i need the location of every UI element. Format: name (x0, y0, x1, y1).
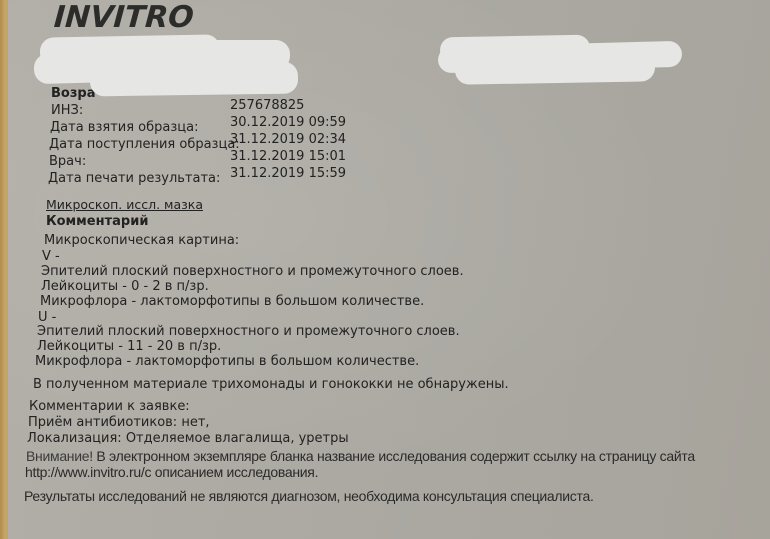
conclusion-text: В полученном материале трихомонады и гон… (33, 377, 509, 392)
warning-text: В электронном экземпляре бланка название… (93, 448, 695, 464)
disclaimer-text: Результаты исследований не являются диаг… (24, 489, 594, 504)
field-label-print-date: Дата печати результата: (48, 171, 220, 186)
result-line: Микроскопическая картина: (44, 233, 239, 248)
antibiotics-line: Приём антибиотиков: нет, (28, 415, 210, 430)
warning-prefix: Внимание! (26, 448, 93, 464)
warning-notice: Внимание! В электронном экземпляре бланк… (26, 449, 695, 464)
test-title-link[interactable]: Микроскоп. иссл. мазка (46, 197, 203, 212)
field-label-received-date: Дата поступления образца: (49, 137, 240, 152)
result-line: Микрофлора - лактоморфотипы в большом ко… (40, 294, 424, 309)
warning-link-line[interactable]: http://www.invitro.ru/с описанием исслед… (25, 465, 318, 480)
field-value-received-date: 31.12.2019 02:34 (230, 132, 346, 147)
result-line: V - (42, 249, 60, 264)
result-line: Эпителий плоский поверхностного и промеж… (41, 264, 464, 279)
result-line: Эпителий плоский поверхностного и промеж… (37, 324, 460, 339)
result-line: Лейкоциты - 0 - 2 в п/зр. (41, 279, 209, 294)
field-value-inz: 257678825 (230, 98, 304, 113)
comment-heading: Комментарий (46, 214, 148, 229)
result-line: U - (38, 310, 56, 325)
field-value-print-date: 31.12.2019 15:59 (230, 166, 346, 181)
age-label: Возра (51, 86, 95, 101)
field-label-inz: ИНЗ: (51, 103, 83, 118)
field-value-doctor: 31.12.2019 15:01 (230, 149, 346, 164)
redaction-mark (90, 62, 298, 97)
field-label-doctor: Врач: (49, 154, 86, 169)
localization-line: Локализация: Отделяемое влагалища, уретр… (27, 431, 349, 446)
field-value-sample-date: 30.12.2019 09:59 (230, 115, 346, 130)
result-line: Лейкоциты - 11 - 20 в п/зр. (37, 339, 221, 354)
field-label-sample-date: Дата взятия образца: (50, 120, 198, 135)
redaction-mark (455, 53, 655, 84)
order-comments-heading: Комментарии к заявке: (29, 399, 190, 414)
result-line: Микрофлора - лактоморфотипы в большом ко… (35, 354, 419, 369)
invitro-logo: INVITRO (53, 0, 195, 35)
